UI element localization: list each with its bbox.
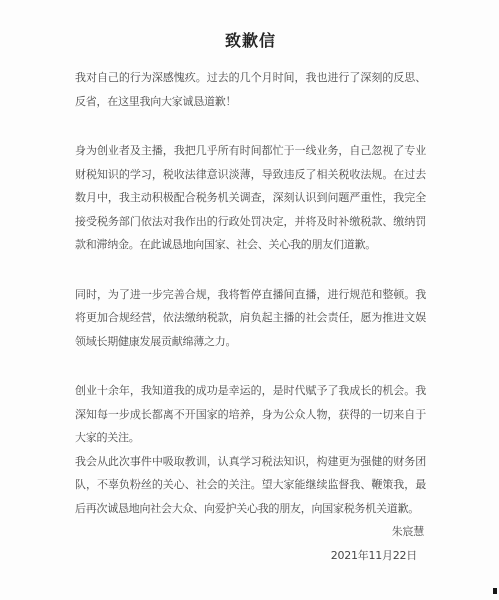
signature-name: 朱宸慧 [75, 520, 426, 544]
paragraph-intro: 我对自己的行为深感愧疚。过去的几个月时间，我也进行了深刻的反思、反省，在这里我向… [75, 66, 426, 113]
paragraph-lesson-apology: 我会从此次事件中吸取教训，认真学习税法知识，构建更为强健的财务团队，不辜负粉丝的… [75, 450, 426, 521]
paragraph-gratitude: 创业十余年，我知道我的成功是幸运的，是时代赋予了我成长的机会。我深知每一步成长都… [75, 379, 426, 450]
paragraph-tax-investigation: 身为创业者及主播，我把几乎所有时间都忙于一线业务，自己忽视了专业财税知识的学习，… [75, 139, 426, 257]
paragraph-livestream-suspension: 同时，为了进一步完善合规，我将暂停直播间直播，进行规范和整顿。我将更加合规经营，… [75, 283, 426, 354]
scan-artifact-dot [493, 588, 497, 594]
signature-date: 2021年11月22日 [75, 544, 426, 568]
apology-letter-page: 致歉信 我对自己的行为深感愧疚。过去的几个月时间，我也进行了深刻的反思、反省，在… [0, 0, 499, 600]
document-title: 致歉信 [75, 29, 426, 53]
